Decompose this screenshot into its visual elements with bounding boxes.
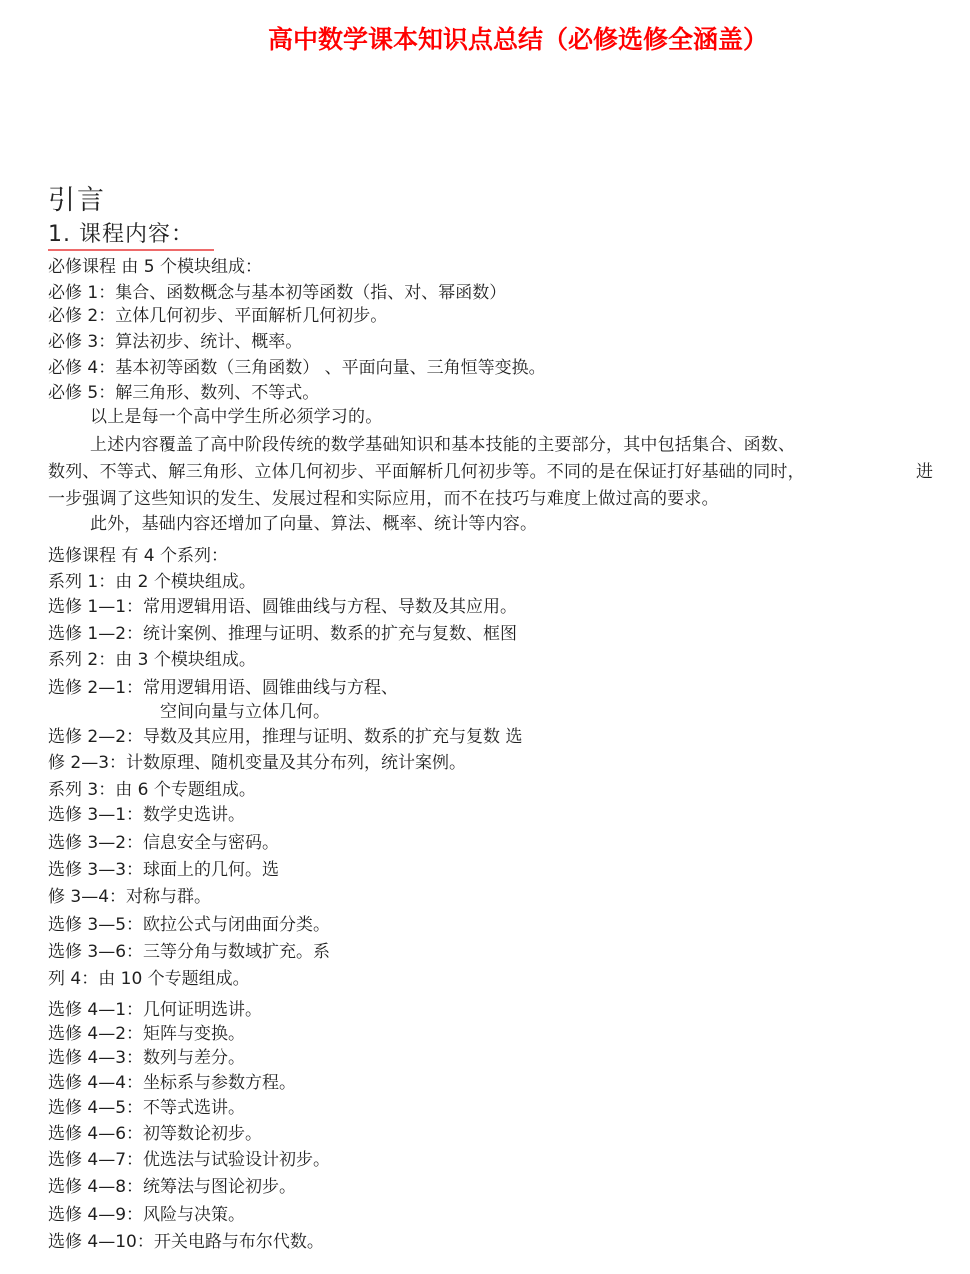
elective-line: 系列 2：由 3 个模块组成。	[48, 649, 256, 671]
elective-line: 选修 4—6：初等数论初步。	[48, 1123, 262, 1145]
elective-line: 选修 4—2：矩阵与变换。	[48, 1023, 245, 1045]
elective-line: 选修 3—5：欧拉公式与闭曲面分类。	[48, 914, 330, 936]
paragraph-2-line-2-end: 进	[916, 461, 933, 483]
elective-line: 空间向量与立体几何。	[160, 701, 330, 723]
elective-line: 选修 4—5：不等式选讲。	[48, 1097, 245, 1119]
required-module-1: 必修 1：集合、函数概念与基本初等函数（指、对、幂函数）	[48, 282, 506, 304]
elective-line: 选修 4—9：风险与决策。	[48, 1204, 245, 1226]
required-module-5: 必修 5：解三角形、数列、不等式。	[48, 382, 319, 404]
paragraph-1: 以上是每一个高中学生所必须学习的。	[90, 406, 382, 428]
elective-line: 选修 3—3：球面上的几何。选	[48, 859, 279, 881]
elective-line: 选修 1—2：统计案例、推理与证明、数系的扩充与复数、框图	[48, 623, 517, 645]
required-module-2: 必修 2：立体几何初步、平面解析几何初步。	[48, 305, 387, 327]
required-module-4: 必修 4：基本初等函数（三角函数） 、平面向量、三角恒等变换。	[48, 357, 546, 379]
elective-line: 选修 2—2：导数及其应用，推理与证明、数系的扩充与复数 选	[48, 726, 522, 748]
subsection-heading: 1. 课程内容：	[48, 217, 214, 251]
paragraph-2-line-2: 数列、不等式、解三角形、立体几何初步、平面解析几何初步等。不同的是在保证打好基础…	[48, 461, 805, 483]
required-module-3: 必修 3：算法初步、统计、概率。	[48, 331, 302, 353]
elective-line: 选修 4—4：坐标系与参数方程。	[48, 1072, 296, 1094]
elective-line: 选修 4—10：开关电路与布尔代数。	[48, 1231, 324, 1253]
elective-line: 选修 4—3：数列与差分。	[48, 1047, 245, 1069]
elective-line: 选修 4—7：优选法与试验设计初步。	[48, 1149, 330, 1171]
elective-line: 选修 3—6：三等分角与数域扩充。系	[48, 941, 330, 963]
section-heading: 引言	[48, 178, 106, 217]
elective-line: 选修 3—1：数学史选讲。	[48, 804, 245, 826]
elective-intro: 选修课程 有 4 个系列：	[48, 545, 228, 567]
elective-line: 系列 1：由 2 个模块组成。	[48, 571, 256, 593]
document-title: 高中数学课本知识点总结（必修选修全涵盖）	[268, 20, 768, 56]
elective-line: 修 3—4：对称与群。	[48, 886, 211, 908]
paragraph-2-line-1: 上述内容覆盖了高中阶段传统的数学基础知识和基本技能的主要部分，其中包括集合、函数…	[90, 434, 795, 456]
elective-line: 系列 3：由 6 个专题组成。	[48, 779, 256, 801]
elective-line: 选修 4—1：几何证明选讲。	[48, 999, 262, 1021]
elective-line: 选修 3—2：信息安全与密码。	[48, 832, 279, 854]
elective-line: 选修 4—8：统筹法与图论初步。	[48, 1176, 296, 1198]
paragraph-3: 此外，基础内容还增加了向量、算法、概率、统计等内容。	[90, 513, 537, 535]
elective-line: 修 2—3：计数原理、随机变量及其分布列，统计案例。	[48, 752, 466, 774]
elective-line: 列 4：由 10 个专题组成。	[48, 968, 250, 990]
elective-line: 选修 1—1：常用逻辑用语、圆锥曲线与方程、导数及其应用。	[48, 596, 517, 618]
elective-line: 选修 2—1：常用逻辑用语、圆锥曲线与方程、	[48, 677, 398, 699]
required-intro: 必修课程 由 5 个模块组成：	[48, 256, 262, 278]
paragraph-2-line-3: 一步强调了这些知识的发生、发展过程和实际应用，而不在技巧与难度上做过高的要求。	[48, 488, 719, 510]
